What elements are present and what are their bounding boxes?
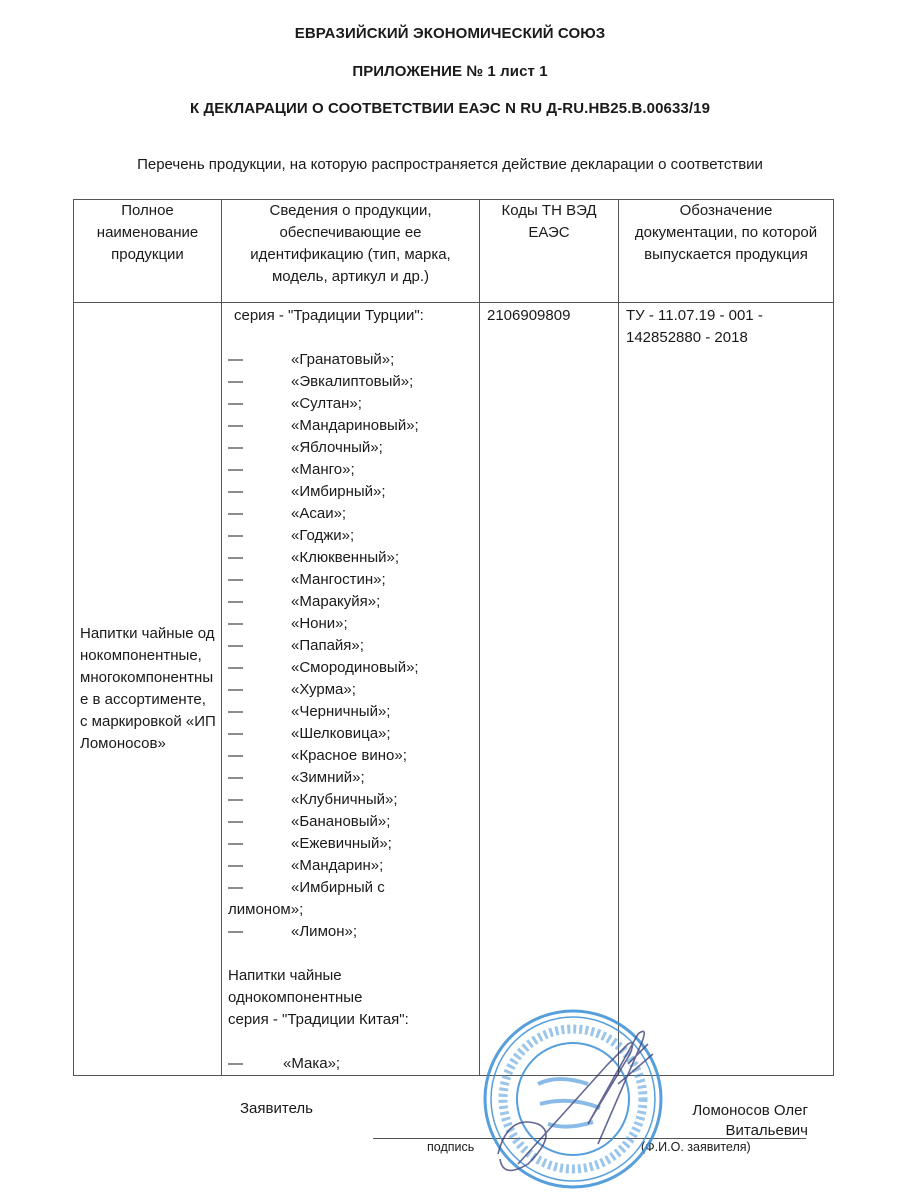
- column-header-product-info: Сведения о продукции, обеспечивающие ее …: [222, 200, 480, 303]
- item-label: «Яблочный»;: [291, 437, 383, 459]
- dash-bullet: —: [228, 481, 291, 503]
- series-group-line: Напитки чайные: [228, 965, 473, 987]
- applicant-label: Заявитель: [240, 1100, 313, 1117]
- list-item: — «Лимон»;: [228, 921, 473, 943]
- list-item: —«Гранатовый»;: [228, 349, 473, 371]
- list-item: —«Папайя»;: [228, 635, 473, 657]
- item-label: «Асаи»;: [291, 503, 346, 525]
- list-item: —«Асаи»;: [228, 503, 473, 525]
- item-label: «Имбирный»;: [291, 481, 386, 503]
- table-header-row: Полное наименование продукции Сведения о…: [74, 200, 834, 303]
- signature-caption: подпись: [427, 1140, 474, 1154]
- dash-bullet: —: [228, 1053, 283, 1075]
- dash-bullet: —: [228, 613, 291, 635]
- item-label: «Нони»;: [291, 613, 348, 635]
- dash-bullet: —: [228, 349, 291, 371]
- product-details-cell: серия - "Традиции Турции": —«Гранатовый»…: [222, 303, 480, 1076]
- list-item: —«Клюквенный»;: [228, 547, 473, 569]
- list-item: —«Смородиновый»;: [228, 657, 473, 679]
- item-label: «Клубничный»;: [291, 789, 398, 811]
- dash-bullet: —: [228, 877, 291, 899]
- list-item: —«Нони»;: [228, 613, 473, 635]
- item-label: «Маракуйя»;: [291, 591, 380, 613]
- appendix-title: ПРИЛОЖЕНИЕ № 1 лист 1: [0, 63, 900, 80]
- product-name: Напитки чайные однокомпонентные, многоко…: [80, 623, 216, 755]
- list-item: —«Султан»;: [228, 393, 473, 415]
- list-item: —«Красное вино»;: [228, 745, 473, 767]
- dash-bullet: —: [228, 459, 291, 481]
- dash-bullet: —: [228, 657, 291, 679]
- list-item: —«Мандариновый»;: [228, 415, 473, 437]
- list-item: —«Зимний»;: [228, 767, 473, 789]
- item-label: «Папайя»;: [291, 635, 364, 657]
- item-label: «Черничный»;: [291, 701, 390, 723]
- declaration-title: К ДЕКЛАРАЦИИ О СООТВЕТСТВИИ ЕАЭС N RU Д-…: [0, 100, 900, 117]
- item-label: «Банановый»;: [291, 811, 390, 833]
- series-group-line: однокомпонентные: [228, 987, 473, 1009]
- product-list-subtitle: Перечень продукции, на которую распростр…: [0, 156, 900, 173]
- dash-bullet: —: [228, 767, 291, 789]
- tn-ved-code: 2106909809: [487, 307, 570, 324]
- dash-bullet: —: [228, 635, 291, 657]
- item-label: «Смородиновый»;: [291, 657, 419, 679]
- item-label: «Шелковица»;: [291, 723, 391, 745]
- dash-bullet: —: [228, 569, 291, 591]
- item-label: «Султан»;: [291, 393, 362, 415]
- column-header-tn-ved: Коды ТН ВЭД ЕАЭС: [480, 200, 619, 303]
- union-title: ЕВРАЗИЙСКИЙ ЭКОНОМИЧЕСКИЙ СОЮЗ: [0, 25, 900, 42]
- list-item: —«Имбирный с лимоном»;: [228, 877, 473, 921]
- dash-bullet: —: [228, 855, 291, 877]
- item-label: «Мандариновый»;: [291, 415, 419, 437]
- documentation-cell: ТУ - 11.07.19 - 001 - 142852880 - 2018: [619, 303, 834, 1076]
- dash-bullet: —: [228, 503, 291, 525]
- item-label: «Годжи»;: [291, 525, 354, 547]
- item-label: «Мангостин»;: [291, 569, 386, 591]
- series-title: серия - "Традиции Турции":: [228, 305, 473, 327]
- list-item: —«Яблочный»;: [228, 437, 473, 459]
- list-item: —«Мангостин»;: [228, 569, 473, 591]
- official-stamp-icon: [478, 1004, 668, 1194]
- product-name-cell: Напитки чайные однокомпонентные, многоко…: [74, 303, 222, 1076]
- documentation-reference: ТУ - 11.07.19 - 001 - 142852880 - 2018: [626, 307, 763, 346]
- list-item: —«Имбирный»;: [228, 481, 473, 503]
- column-header-documentation: Обозначение документации, по которой вып…: [619, 200, 834, 303]
- dash-bullet: —: [228, 745, 291, 767]
- dash-bullet: —: [228, 415, 291, 437]
- dash-bullet: —: [228, 723, 291, 745]
- list-item: —«Ежевичный»;: [228, 833, 473, 855]
- item-label: «Клюквенный»;: [291, 547, 399, 569]
- list-item: —«Мака»;: [228, 1053, 473, 1075]
- series-title: серия - "Традиции Китая":: [228, 1009, 473, 1031]
- series-item-list: —«Мака»;: [228, 1053, 473, 1075]
- series-item-list: —«Гранатовый»;—«Эвкалиптовый»;—«Султан»;…: [228, 349, 473, 877]
- tn-ved-code-cell: 2106909809: [480, 303, 619, 1076]
- item-label: «Мака»;: [283, 1053, 340, 1075]
- list-item: —«Черничный»;: [228, 701, 473, 723]
- dash-bullet: —: [228, 701, 291, 723]
- dash-bullet: —: [228, 591, 291, 613]
- table-row: Напитки чайные однокомпонентные, многоко…: [74, 303, 834, 1076]
- dash-bullet: —: [228, 921, 291, 943]
- product-table: Полное наименование продукции Сведения о…: [73, 199, 834, 1076]
- dash-bullet: —: [228, 525, 291, 547]
- list-item: —«Клубничный»;: [228, 789, 473, 811]
- dash-bullet: —: [228, 789, 291, 811]
- item-label: «Зимний»;: [291, 767, 365, 789]
- list-item: —«Годжи»;: [228, 525, 473, 547]
- column-header-product-name: Полное наименование продукции: [74, 200, 222, 303]
- dash-bullet: —: [228, 393, 291, 415]
- list-item: —«Шелковица»;: [228, 723, 473, 745]
- list-item: —«Банановый»;: [228, 811, 473, 833]
- dash-bullet: —: [228, 679, 291, 701]
- dash-bullet: —: [228, 371, 291, 393]
- item-label: «Хурма»;: [291, 679, 356, 701]
- list-item: —«Хурма»;: [228, 679, 473, 701]
- dash-bullet: —: [228, 437, 291, 459]
- item-label: «Манго»;: [291, 459, 355, 481]
- dash-bullet: —: [228, 811, 291, 833]
- item-label: «Мандарин»;: [291, 855, 383, 877]
- dash-bullet: —: [228, 547, 291, 569]
- list-item: —«Эвкалиптовый»;: [228, 371, 473, 393]
- list-item: —«Маракуйя»;: [228, 591, 473, 613]
- item-label: «Гранатовый»;: [291, 349, 394, 371]
- list-item: —«Манго»;: [228, 459, 473, 481]
- list-item: —«Мандарин»;: [228, 855, 473, 877]
- item-label: «Красное вино»;: [291, 745, 407, 767]
- item-label: «Ежевичный»;: [291, 833, 392, 855]
- item-label: «Эвкалиптовый»;: [291, 371, 413, 393]
- dash-bullet: —: [228, 833, 291, 855]
